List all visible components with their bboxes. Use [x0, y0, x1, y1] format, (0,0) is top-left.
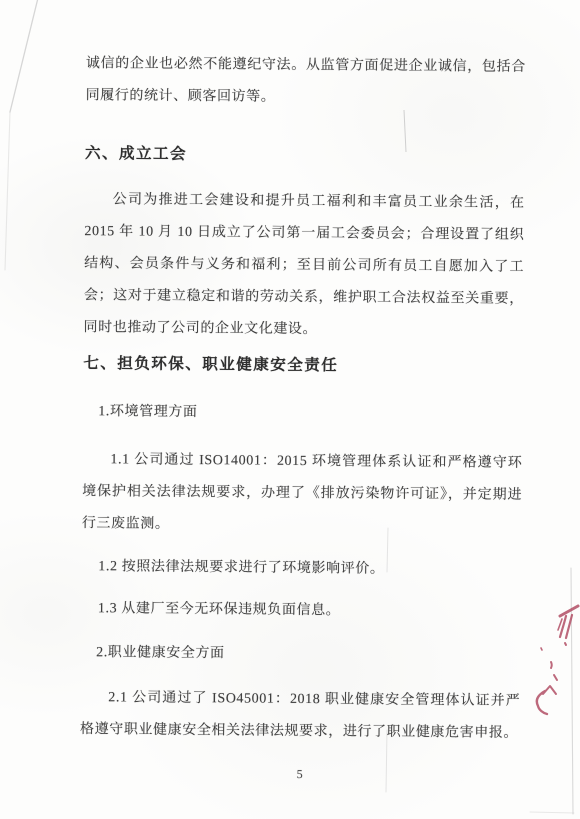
stamp-stroke-comma — [551, 662, 552, 668]
bottom-page-edge-line — [530, 812, 574, 813]
item-2-1: 2.1 公司通过了 ISO45001：2018 职业健康安全管理体认证并严格遵守… — [80, 682, 521, 750]
item-1-1: 1.1 公司通过 ISO14001：2015 环境管理体系认证和严格遵守环境保护… — [82, 444, 523, 544]
item-1-3: 1.3 从建厂至今无环保违规负面信息。 — [81, 593, 521, 629]
stamp-stroke-tick — [554, 675, 557, 680]
stamp-stroke-hatch-1 — [560, 616, 566, 637]
intro-paragraph: 诚信的企业也必然不能遵纪守法。从监管方面促进企业诚信，包括合同履行的统计、顾客回… — [85, 48, 526, 116]
stamp-stroke-hatch-3 — [558, 619, 562, 630]
item-1-2: 1.2 按照法律法规要求进行了环境影响评价。 — [81, 551, 521, 587]
left-page-edge-line — [5, 0, 38, 270]
stamp-stroke-zigzag — [543, 686, 556, 694]
stamp-stroke-hatch-2 — [566, 615, 572, 638]
document-content: 诚信的企业也必然不能遵纪守法。从监管方面促进企业诚信，包括合同履行的统计、顾客回… — [80, 48, 526, 792]
stamp-stroke-hook — [537, 691, 547, 714]
stamp-stroke-dot-2 — [541, 648, 542, 650]
scan-page: 诚信的企业也必然不能遵纪守法。从监管方面促进企业诚信，包括合同履行的统计、顾客回… — [0, 0, 580, 819]
section-7-heading: 七、担负环保、职业健康安全责任 — [83, 352, 523, 380]
red-stamp-mark — [537, 606, 578, 714]
right-page-edge-line — [530, 568, 574, 814]
section-6-paragraph: 公司为推进工会建设和提升员工福利和丰富员工业余生活，在 2015 年 10 月 … — [83, 184, 524, 348]
section-6-heading: 六、成立工会 — [85, 142, 525, 170]
subsection-2-title: 2.职业健康安全方面 — [81, 637, 521, 673]
page-number: 5 — [80, 756, 520, 792]
subsection-1-title: 1.环境管理方面 — [83, 396, 523, 432]
stamp-stroke-dot-1 — [565, 643, 566, 645]
stamp-stroke-bar — [560, 606, 578, 616]
